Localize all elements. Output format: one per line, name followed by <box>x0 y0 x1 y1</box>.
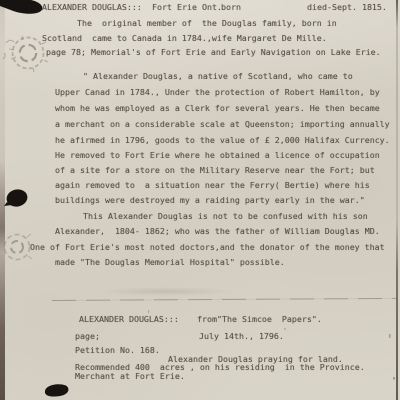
header-name: ALEXANDER DOUGLAS::: <box>42 3 142 13</box>
note-line: One of Fort Erie's most noted doctors,an… <box>30 243 385 253</box>
header-died-date: died-Sept. 1815. <box>307 3 387 13</box>
section2-page-label: page; <box>75 332 100 342</box>
note-line: This Alexander Douglas is not to be conf… <box>83 212 368 222</box>
quote-line: he afirmed in 1796, goods to the value o… <box>55 136 390 146</box>
left-scan-edge-shadow <box>0 0 5 400</box>
quote-line: again removed to a situation near the Fe… <box>55 181 370 191</box>
quote-line: of a site for a store on the Military Re… <box>55 166 375 176</box>
quote-line: Upper Canad in 1784., Under the protecti… <box>55 88 380 98</box>
petition-merchant: Merchant at Fort Erie. <box>75 372 185 382</box>
scanned-document-page: ALEXANDER DOUGLAS::: Fort Erie Ont. born… <box>0 0 400 400</box>
ink-blot-top-left <box>0 0 42 14</box>
note-line: made "The Douglas Memorial Hospital" pos… <box>55 258 285 268</box>
quote-line: " Alexander Douglas, a native of Scotlan… <box>83 72 353 82</box>
quote-line: buildings were destroyed my a raiding pa… <box>55 196 365 206</box>
header-born-label: born <box>221 3 241 13</box>
petition-date: July 14th., 1796. <box>199 332 284 342</box>
pencil-smudge <box>95 287 235 296</box>
note-line: Alexander, 1804- 1862; who was the fathe… <box>55 227 380 237</box>
quote-line: He removed to Fort Erie where he obtaine… <box>55 151 380 161</box>
quote-line: a merchant on a considerable scale at Qu… <box>55 120 390 130</box>
intro-line: page 78; Memorial's of Fort Erie and Ear… <box>46 48 381 58</box>
header-place: Fort Erie Ont. <box>152 3 222 13</box>
intro-line: The original member of the Douglas famil… <box>77 19 337 29</box>
ink-blot-bottom <box>45 384 69 396</box>
section2-source: from"The Simcoe Papers". <box>197 315 322 325</box>
stamp-ring-2 <box>5 234 33 260</box>
quote-line: whom he was employed as a Clerk for seve… <box>55 104 380 114</box>
section-divider-line <box>52 298 397 301</box>
section2-header-name: ALEXANDER DOUGLAS::: <box>79 315 179 325</box>
ink-blot-left <box>4 188 29 209</box>
right-scan-edge-line <box>396 0 398 400</box>
intro-line: Scotland came to Canada in 1784.,wife Ma… <box>42 34 327 44</box>
petition-number: Petition No. 168. <box>75 346 160 356</box>
